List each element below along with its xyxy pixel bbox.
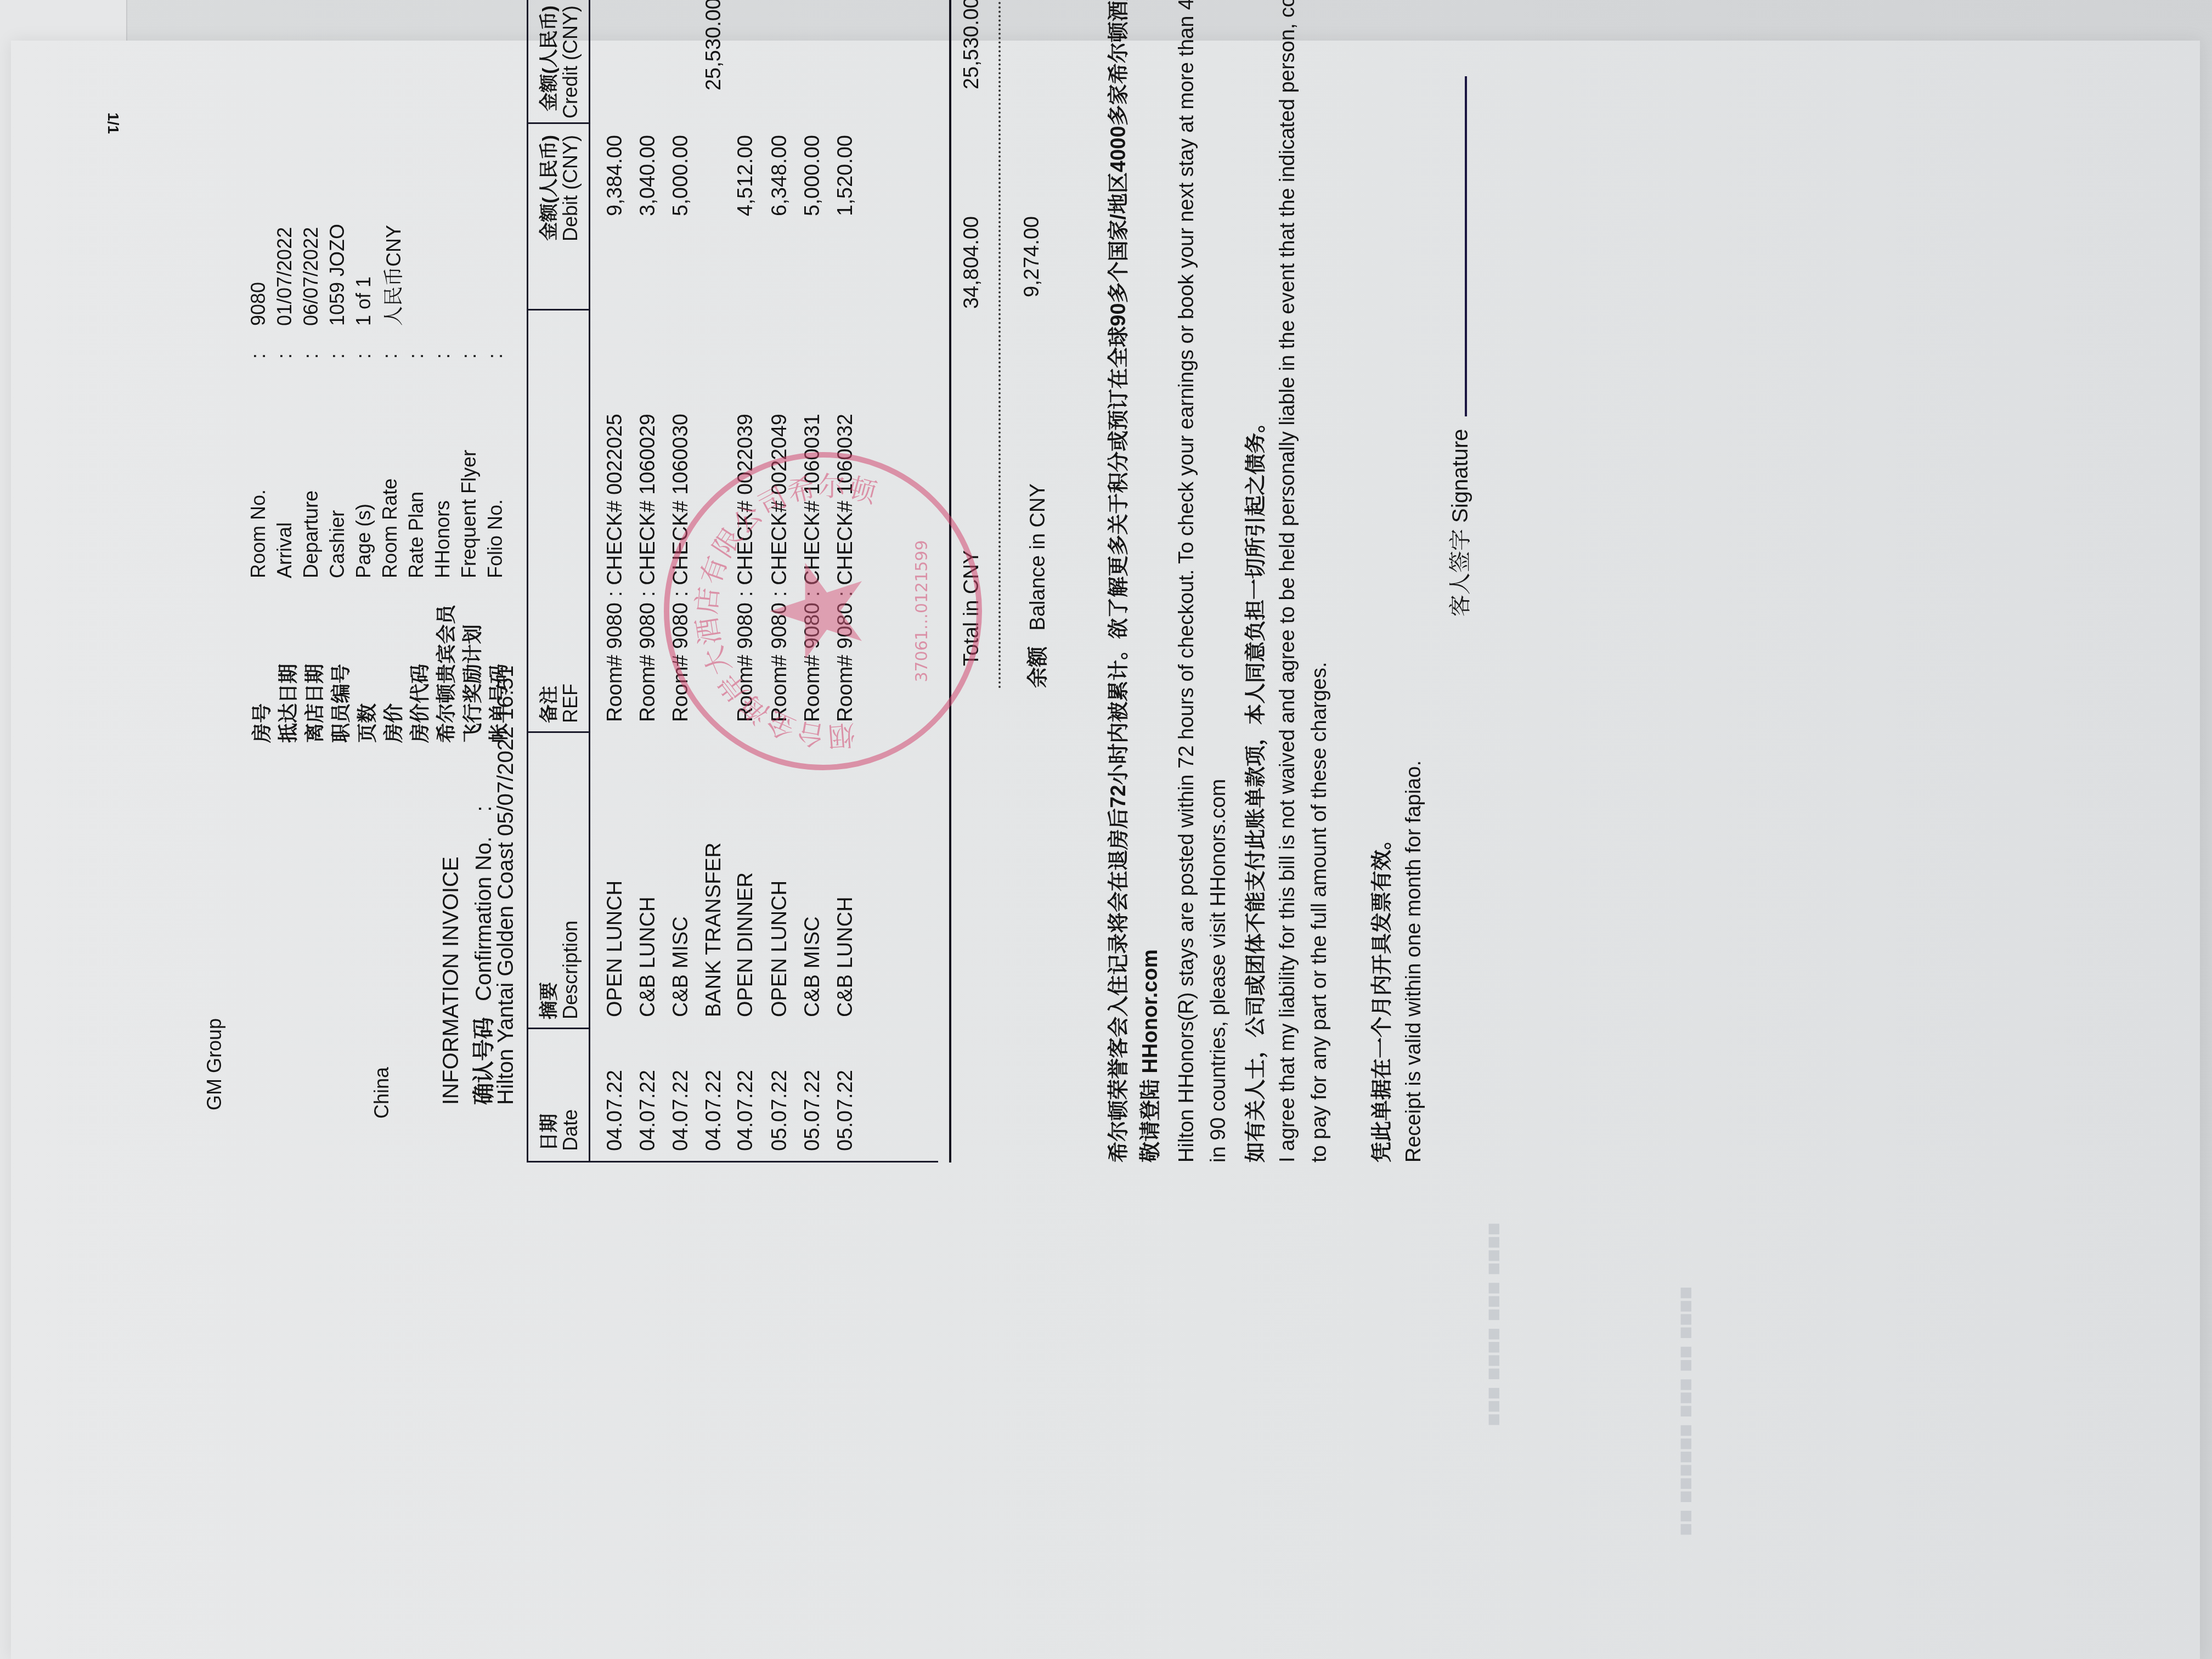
row-description: BANK TRANSFER — [702, 843, 726, 1017]
invoice-title: INFORMATION INVOICE — [439, 856, 464, 1105]
company-name: GM Group — [203, 1018, 226, 1110]
bleed-through-text: ■■■ ■■■■ ■■■ ■■■■ — [1481, 1222, 1506, 1426]
confirmation-line: 确认号码 Confirmation No. : — [466, 806, 498, 1105]
row-debit: 5,000.00 — [801, 135, 825, 311]
row-debit: 4,512.00 — [734, 135, 758, 311]
confirmation-label-en: Confirmation No. — [472, 837, 496, 1001]
column-date: 日期 Date — [528, 1028, 589, 1161]
row-description: C&B LUNCH — [636, 896, 660, 1017]
table-row: 04.07.22OPEN LUNCHRoom# 9080 : CHECK# 00… — [603, 0, 639, 1161]
column-debit: 金额(人民币) Debit (CNY) — [528, 122, 589, 311]
page-marker: 1/1 — [104, 112, 122, 134]
row-description: C&B LUNCH — [834, 896, 857, 1017]
receipt-validity-notice: 凭此单据在一个月内开具发票有效。 Receipt is valid within… — [1366, 760, 1430, 1163]
row-date: 04.07.22 — [702, 1070, 726, 1151]
hhonors-notice: 希尔顿荣誉客会入住记录将会在退房后72小时内被累计。欲了解更多关于积分或预订在全… — [1103, 0, 1234, 1163]
column-description: 摘要 Description — [528, 731, 589, 1029]
signature-label: 客人签字 Signature — [1443, 429, 1474, 617]
row-debit: 3,040.00 — [636, 135, 660, 311]
row-description: OPEN DINNER — [734, 872, 758, 1017]
row-description: OPEN LUNCH — [768, 881, 792, 1017]
country: China — [370, 1067, 393, 1119]
row-description: C&B MISC — [801, 916, 825, 1017]
company-seal-stamp: 烟台金海岸大酒店有限公司希尔顿酒店分公司 37061…0121599 ★ — [664, 452, 982, 770]
balance-amount: 9,274.00 — [1020, 216, 1044, 403]
row-credit: 25,530.00 — [702, 0, 726, 124]
total-debit: 34,804.00 — [960, 216, 984, 403]
svg-text:37061…0121599: 37061…0121599 — [912, 540, 932, 682]
totals-dotted-rule — [998, 0, 1001, 688]
row-date: 04.07.22 — [636, 1070, 660, 1151]
invoice-page: 1/1 GM Group China INFORMATION INVOICE 确… — [11, 41, 2200, 1659]
row-description: OPEN LUNCH — [603, 881, 627, 1017]
row-date: 05.07.22 — [768, 1070, 792, 1151]
row-date: 04.07.22 — [669, 1070, 693, 1151]
row-date: 05.07.22 — [834, 1070, 857, 1151]
transactions-table-header: 日期 Date 摘要 Description 备注 REF 金额(人民币) De… — [527, 0, 590, 1163]
row-ref: Room# 9080 : CHECK# 0022025 — [603, 414, 627, 722]
confirmation-colon: : — [472, 806, 496, 812]
bleed-through-text: ■■ ■■■■■■ ■■■ ■■ ■■■■ — [1673, 1286, 1698, 1536]
row-date: 05.07.22 — [801, 1070, 825, 1151]
signature-line[interactable] — [1465, 76, 1467, 416]
total-credit: 25,530.00 — [960, 0, 984, 178]
row-date: 04.07.22 — [734, 1070, 758, 1151]
column-ref: 备注 REF — [528, 309, 589, 733]
row-debit: 9,384.00 — [603, 135, 627, 311]
liability-notice: 如有关人士，公司或团体不能支付此账单款项，本人同意负担一切所引起之债务。 I a… — [1240, 0, 1335, 1163]
row-ref: Room# 9080 : CHECK# 1060029 — [636, 414, 660, 722]
row-debit: 5,000.00 — [669, 135, 693, 311]
column-credit: 金额(人民币) Credit (CNY) — [528, 0, 589, 124]
row-debit: 1,520.00 — [834, 135, 857, 311]
confirmation-label-cn: 确认号码 — [472, 1017, 496, 1105]
row-debit: 6,348.00 — [768, 135, 792, 311]
row-date: 04.07.22 — [603, 1070, 627, 1151]
star-icon: ★ — [755, 555, 881, 668]
balance-label: 余额 Balance in CNY — [1020, 483, 1051, 688]
row-description: C&B MISC — [669, 916, 693, 1017]
